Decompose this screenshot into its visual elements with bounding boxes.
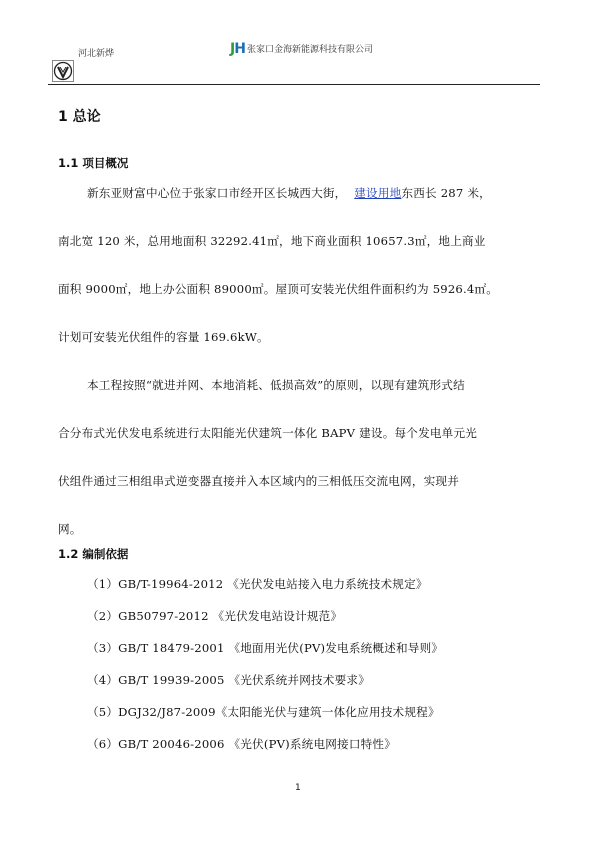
reference-item: （2）GB50797-2012 《光伏发电站设计规范》	[87, 608, 342, 624]
reference-item: （1）GB/T-19964-2012 《光伏发电站接入电力系统技术规定》	[87, 576, 428, 592]
section-title-overview: 1.1 项目概况	[58, 155, 128, 171]
reference-item: （3）GB/T 18479-2001 《地面用光伏(PV)发电系统概述和导则》	[87, 640, 443, 656]
paragraph-line: 新东亚财富中心位于张家口市经开区长城西大街， 建设用地东西长 287 米，	[87, 185, 491, 201]
company-brand: JH 张家口金海新能源科技有限公司	[230, 42, 373, 56]
construction-land-link[interactable]: 建设用地	[354, 186, 401, 200]
left-org-name: 河北新烨	[78, 46, 114, 59]
jh-logo-icon: JH	[230, 42, 245, 56]
paragraph-line: 面积 9000㎡，地上办公面积 89000㎡。屋顶可安装光伏组件面积约为 592…	[58, 281, 498, 297]
reference-item: （6）GB/T 20046-2006 《光伏(PV)系统电网接口特性》	[87, 736, 396, 752]
section-title-basis: 1.2 编制依据	[58, 546, 128, 562]
paragraph-line: 合分布式光伏发电系统进行太阳能光伏建筑一体化 BAPV 建设。每个发电单元光	[58, 425, 477, 441]
paragraph-line: 网。	[58, 521, 82, 537]
paragraph-line: 计划可安装光伏组件的容量 169.6kW。	[58, 329, 269, 345]
page-number: 1	[295, 783, 301, 793]
company-name: 张家口金海新能源科技有限公司	[247, 45, 373, 56]
paragraph-line: 伏组件通过三相组串式逆变器直接并入本区域内的三相低压交流电网，实现并	[58, 473, 459, 489]
hebei-xinye-logo-icon	[52, 60, 74, 82]
reference-item: （4）GB/T 19939-2005 《光伏系统并网技术要求》	[87, 672, 370, 688]
paragraph-line: 本工程按照“就进并网、本地消耗、低损高效”的原则，以现有建筑形式结	[87, 377, 465, 393]
page-header: 河北新烨 JH 张家口金海新能源科技有限公司	[48, 38, 540, 85]
chapter-title: 1 总论	[58, 106, 101, 126]
paragraph-line: 南北宽 120 米，总用地面积 32292.41㎡，地下商业面积 10657.3…	[58, 233, 486, 249]
reference-item: （5）DGJ32/J87-2009《太阳能光伏与建筑一体化应用技术规程》	[87, 704, 440, 720]
